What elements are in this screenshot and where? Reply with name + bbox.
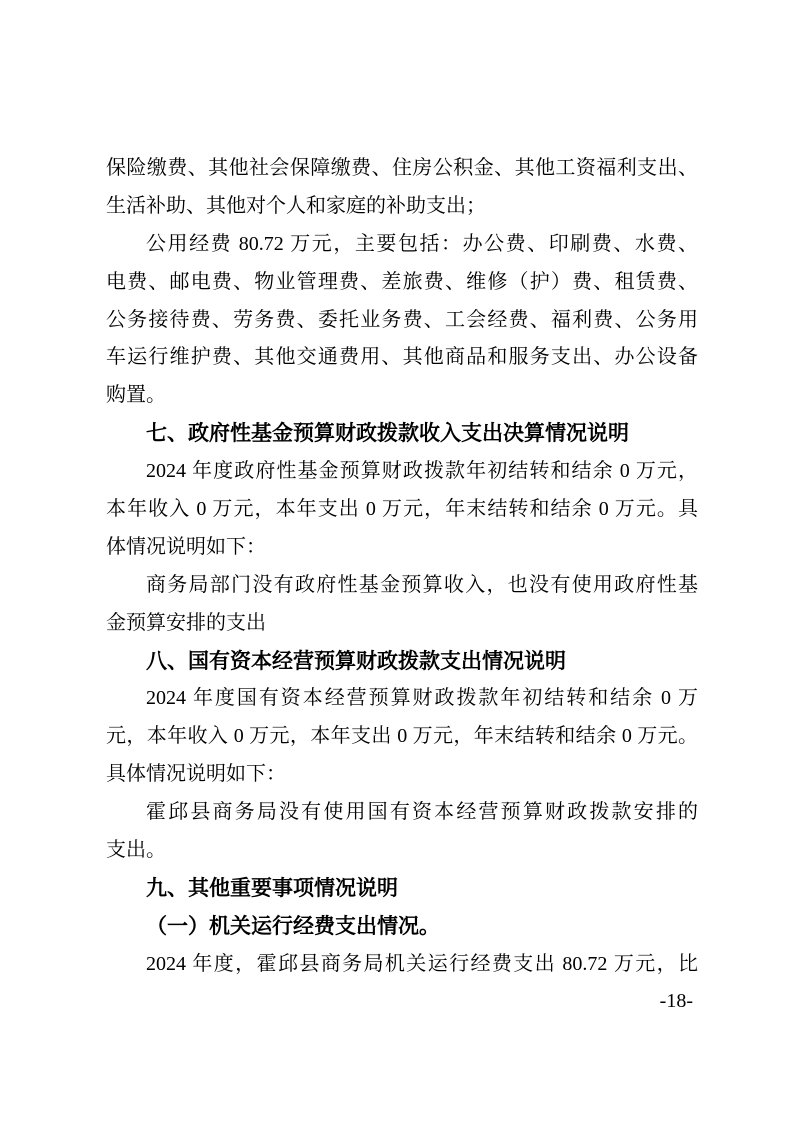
heading-section-7: 七、政府性基金预算财政拨款收入支出决算情况说明 bbox=[106, 415, 698, 453]
body-line: 2024 年度，霍邱县商务局机关运行经费支出 80.72 万元，比 bbox=[106, 946, 698, 984]
document-body: 保险缴费、其他社会保障缴费、住房公积金、其他工资福利支出、 生活补助、其他对个人… bbox=[106, 150, 698, 984]
body-line: 霍邱县商务局没有使用国有资本经营预算财政拨款安排的 bbox=[106, 794, 698, 832]
body-line: 电费、邮电费、物业管理费、差旅费、维修（护）费、租赁费、 bbox=[106, 264, 698, 302]
heading-section-8: 八、国有资本经营预算财政拨款支出情况说明 bbox=[106, 643, 698, 681]
body-line: 支出。 bbox=[106, 832, 698, 870]
body-line: 具体情况说明如下： bbox=[106, 756, 698, 794]
body-line: 购置。 bbox=[106, 377, 698, 415]
body-line: 金预算安排的支出 bbox=[106, 605, 698, 643]
body-line: 2024 年度政府性基金预算财政拨款年初结转和结余 0 万元， bbox=[106, 453, 698, 491]
document-page: 保险缴费、其他社会保障缴费、住房公积金、其他工资福利支出、 生活补助、其他对个人… bbox=[0, 0, 793, 1122]
heading-section-9: 九、其他重要事项情况说明 bbox=[106, 870, 698, 908]
body-line: 公务接待费、劳务费、委托业务费、工会经费、福利费、公务用 bbox=[106, 302, 698, 340]
page-number: -18- bbox=[660, 989, 693, 1013]
body-line: 生活补助、其他对个人和家庭的补助支出； bbox=[106, 188, 698, 226]
body-line: 2024 年度国有资本经营预算财政拨款年初结转和结余 0 万 bbox=[106, 680, 698, 718]
body-line: 保险缴费、其他社会保障缴费、住房公积金、其他工资福利支出、 bbox=[106, 150, 698, 188]
body-line: 本年收入 0 万元，本年支出 0 万元，年末结转和结余 0 万元。具 bbox=[106, 491, 698, 529]
body-line: 商务局部门没有政府性基金预算收入，也没有使用政府性基 bbox=[106, 567, 698, 605]
body-line: 车运行维护费、其他交通费用、其他商品和服务支出、办公设备 bbox=[106, 339, 698, 377]
body-line: 体情况说明如下： bbox=[106, 529, 698, 567]
heading-subsection-9-1: （一）机关运行经费支出情况。 bbox=[106, 908, 698, 946]
body-line: 元，本年收入 0 万元，本年支出 0 万元，年末结转和结余 0 万元。 bbox=[106, 718, 698, 756]
body-line: 公用经费 80.72 万元，主要包括：办公费、印刷费、水费、 bbox=[106, 226, 698, 264]
